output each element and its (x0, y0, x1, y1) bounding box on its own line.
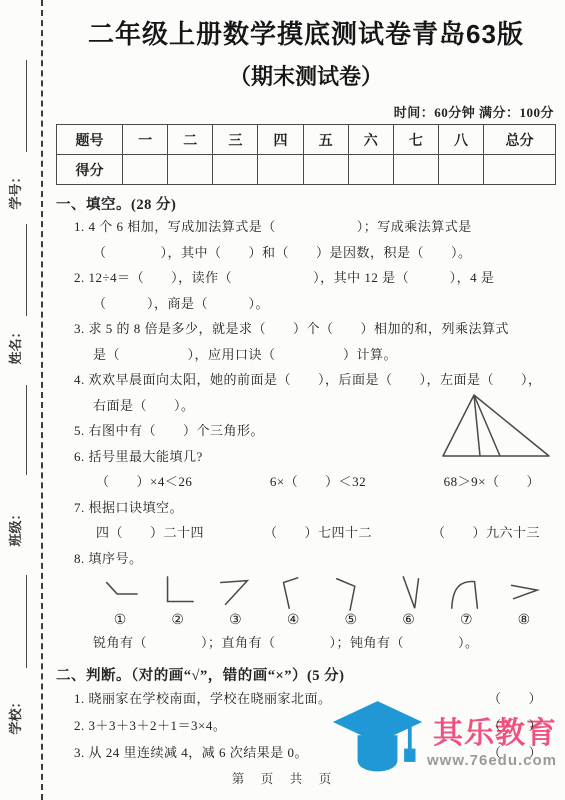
score-cell-empty (258, 155, 303, 185)
score-cell-empty (393, 155, 438, 185)
angle-4-label: ④ (267, 612, 319, 630)
class-label: 班级： (8, 497, 24, 557)
angle-8-icon (498, 574, 550, 612)
q6-expression-3: 68＞9×（ ） (444, 469, 540, 495)
question-1-line-2: （ ），其中（ ）和（ ）是因数，积是（ ）。 (56, 240, 556, 266)
angle-figure-7: ⑦ (440, 574, 492, 630)
score-header-cell: 一 (123, 125, 168, 155)
question-7-line-1: 7. 根据口诀填空。 (56, 495, 556, 521)
page-subtitle: （期末测试卷） (56, 60, 556, 91)
angle-figures-row: ① ② ③ ④ ⑤ ⑥ ⑦ (56, 574, 556, 630)
score-header-cell: 二 (168, 125, 213, 155)
question-2-line-1: 2. 12÷4＝（ ），读作（ ），其中 12 是（ ），4 是 (56, 265, 556, 291)
judge-item-3-blank: （ ） (488, 739, 542, 766)
q7-expression-1: 四（ ）二十四 (96, 520, 204, 546)
score-header-cell: 总分 (484, 125, 556, 155)
judge-item-3: 3. 从 24 里连续减 4，减 6 次结果是 0。 （ ） (56, 739, 556, 766)
q7-expression-2: （ ）七四十二 (264, 520, 372, 546)
question-7-expressions: 四（ ）二十四 （ ）七四十二 （ ）九六十三 (56, 520, 556, 546)
angle-2-label: ② (152, 612, 204, 630)
angle-1-label: ① (94, 612, 146, 630)
angle-4-icon (267, 574, 319, 612)
score-header-cell: 七 (393, 125, 438, 155)
judge-item-3-text: 3. 从 24 里连续减 4，减 6 次结果是 0。 (74, 739, 308, 766)
score-cell-empty (484, 155, 556, 185)
score-row-label: 得分 (57, 155, 123, 185)
angle-1-icon (94, 574, 146, 612)
question-1-line-1: 1. 4 个 6 相加，写成加法算式是（ ）；写成乘法算式是 (56, 214, 556, 240)
question-3-line-2: 是（ ），应用口诀（ ）计算。 (56, 342, 556, 368)
sidebar-fill-line (26, 60, 27, 152)
school-label: 学校： (8, 685, 24, 745)
paper-content: 二年级上册数学摸底测试卷青岛63版 （期末测试卷） 时间：60分钟 满分：100… (56, 14, 556, 766)
score-cell-empty (438, 155, 483, 185)
angle-2-icon (152, 574, 204, 612)
q7-expression-3: （ ）九六十三 (432, 520, 540, 546)
angle-figure-4: ④ (267, 574, 319, 630)
angle-figure-8: ⑧ (498, 574, 550, 630)
sidebar-fill-line (26, 385, 27, 475)
test-paper-page: 学号： 姓名： 班级： 学校： 其乐教育 www.76edu.com 二年级上册… (0, 0, 565, 800)
angle-figure-2: ② (152, 574, 204, 630)
score-header-cell: 四 (258, 125, 303, 155)
score-table-header-row: 题号 一 二 三 四 五 六 七 八 总分 (57, 125, 556, 155)
score-header-cell: 五 (303, 125, 348, 155)
binding-dashed-line (41, 0, 43, 800)
exam-meta: 时间：60分钟 满分：100分 (56, 102, 556, 121)
judge-item-2-blank: （ ） (488, 712, 542, 739)
score-cell-empty (303, 155, 348, 185)
score-cell-empty (348, 155, 393, 185)
angle-figure-1: ① (94, 574, 146, 630)
angle-figure-3: ③ (209, 574, 261, 630)
angle-8-label: ⑧ (498, 612, 550, 630)
question-3-line-1: 3. 求 5 的 8 倍是多少，就是求（ ）个（ ）相加的和，列乘法算式 (56, 316, 556, 342)
angle-3-icon (209, 574, 261, 612)
sidebar-fill-line (26, 575, 27, 668)
section-1-heading: 一、填空。(28 分) (56, 193, 556, 214)
angle-3-label: ③ (209, 612, 261, 630)
judge-item-2-text: 2. 3＋3＋3＋2＋1＝3×4。 (74, 712, 226, 739)
score-header-cell: 六 (348, 125, 393, 155)
score-header-cell: 三 (213, 125, 258, 155)
student-id-label: 学号： (8, 160, 24, 220)
score-table-score-row: 得分 (57, 155, 556, 185)
angle-6-icon (383, 574, 435, 612)
angle-figure-5: ⑤ (325, 574, 377, 630)
section-2-heading: 二、判断。（对的画“√”，错的画“×”）(5 分) (56, 664, 556, 685)
score-table: 题号 一 二 三 四 五 六 七 八 总分 得分 (56, 124, 556, 185)
question-2-line-2: （ ），商是（ ）。 (56, 291, 556, 317)
page-footer: 第 页 共 页 (0, 769, 565, 787)
q6-expression-2: 6×（ ）＜32 (270, 469, 366, 495)
page-title: 二年级上册数学摸底测试卷青岛63版 (56, 14, 556, 51)
question-8-answer-line: 锐角有（ ）；直角有（ ）；钝角有（ ）。 (56, 630, 556, 656)
judge-item-1-blank: （ ） (488, 685, 542, 712)
triangle-figure (440, 392, 552, 465)
sidebar-fill-line (26, 224, 27, 316)
judge-item-1-text: 1. 晓丽家在学校南面，学校在晓丽家北面。 (74, 685, 332, 712)
angle-6-label: ⑥ (383, 612, 435, 630)
judge-item-1: 1. 晓丽家在学校南面，学校在晓丽家北面。 （ ） (56, 685, 556, 712)
score-cell-empty (168, 155, 213, 185)
score-cell-empty (213, 155, 258, 185)
angle-5-icon (325, 574, 377, 612)
score-header-cell: 八 (438, 125, 483, 155)
student-name-label: 姓名： (8, 315, 24, 375)
angle-5-label: ⑤ (325, 612, 377, 630)
judge-item-2: 2. 3＋3＋3＋2＋1＝3×4。 （ ） (56, 712, 556, 739)
question-8-line-1: 8. 填序号。 (56, 546, 556, 572)
angle-7-icon (440, 574, 492, 612)
question-4-line-1: 4. 欢欢早晨面向太阳，她的前面是（ ），后面是（ ），左面是（ ）， (56, 367, 556, 393)
question-6-expressions: （ ）×4＜26 6×（ ）＜32 68＞9×（ ） (56, 469, 556, 495)
score-cell-empty (123, 155, 168, 185)
score-header-cell: 题号 (57, 125, 123, 155)
q6-expression-1: （ ）×4＜26 (96, 469, 192, 495)
angle-figure-6: ⑥ (383, 574, 435, 630)
angle-7-label: ⑦ (440, 612, 492, 630)
